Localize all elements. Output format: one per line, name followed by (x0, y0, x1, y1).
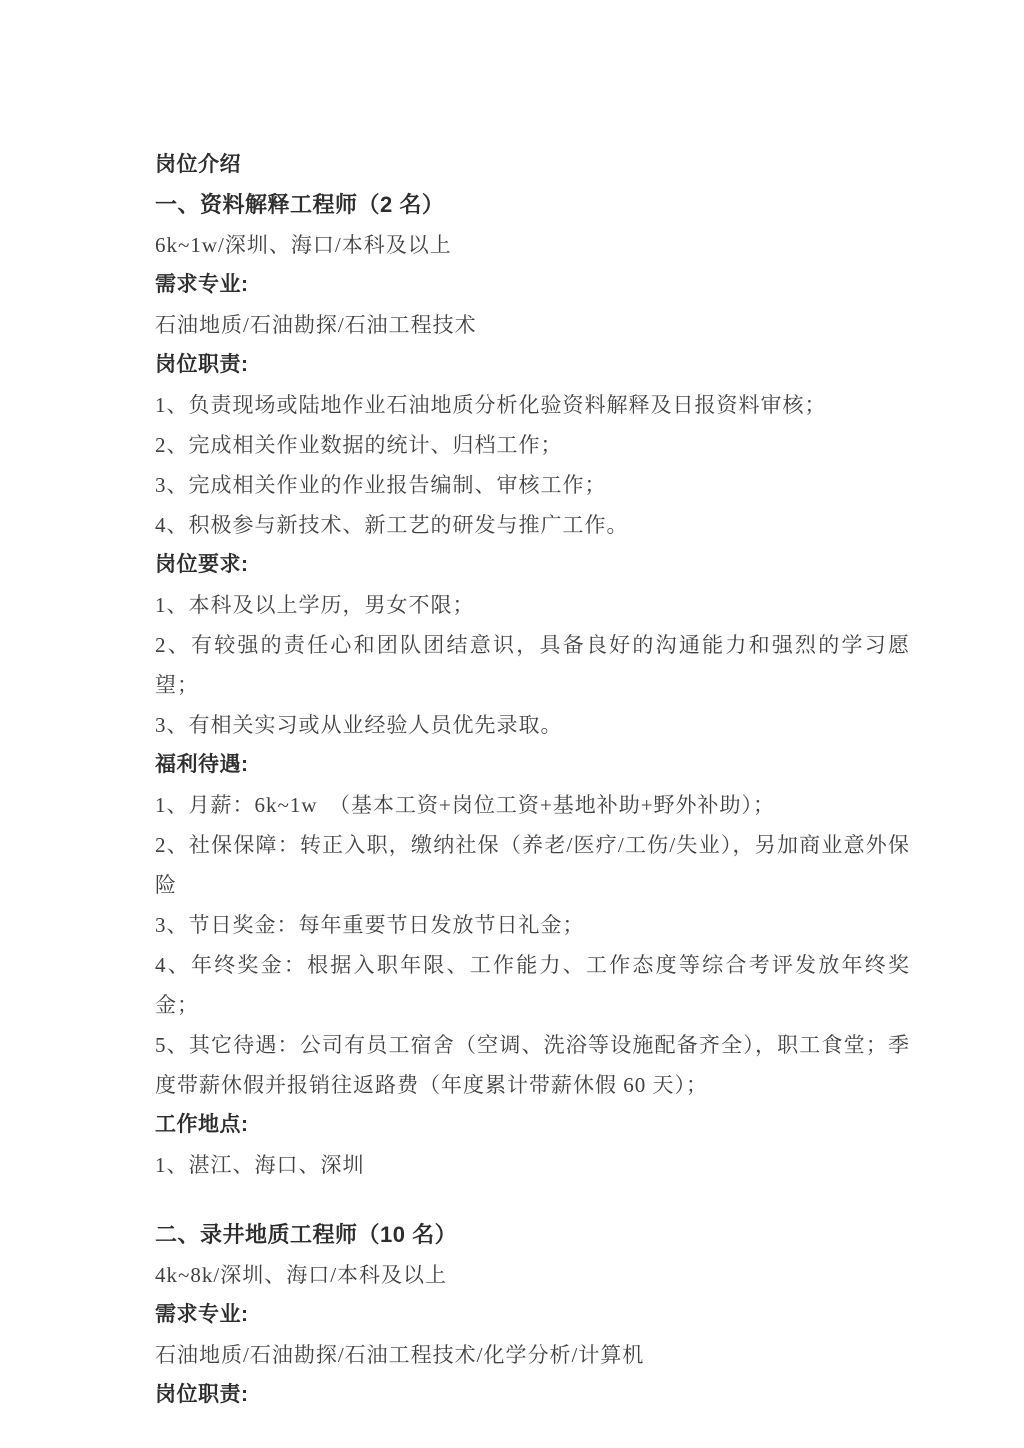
duty-item: 1、负责现场或陆地作业石油地质分析化验资料解释及日报资料审核； (155, 385, 910, 425)
job-title: 一、资料解释工程师（2 名） (155, 185, 910, 225)
benefit-item: 2、社保保障：转正入职，缴纳社保（养老/医疗/工伤/失业），另加商业意外保险 (155, 825, 910, 905)
location-item: 1、湛江、海口、深圳 (155, 1145, 910, 1185)
duty-item: 3、完成相关作业的作业报告编制、审核工作； (155, 465, 910, 505)
document-heading: 岗位介绍 (155, 145, 910, 185)
requirement-item: 1、本科及以上学历，男女不限； (155, 585, 910, 625)
job-summary: 6k~1w/深圳、海口/本科及以上 (155, 225, 910, 265)
job-section-data-interpretation-engineer: 一、资料解释工程师（2 名） 6k~1w/深圳、海口/本科及以上 需求专业: 石… (155, 185, 910, 1185)
job-summary: 4k~8k/深圳、海口/本科及以上 (155, 1255, 910, 1295)
benefit-item: 3、节日奖金：每年重要节日发放节日礼金； (155, 905, 910, 945)
major-value: 石油地质/石油勘探/石油工程技术 (155, 305, 910, 345)
document-page: 岗位介绍 一、资料解释工程师（2 名） 6k~1w/深圳、海口/本科及以上 需求… (0, 0, 1024, 1448)
duty-item: 2、完成相关作业数据的统计、归档工作； (155, 425, 910, 465)
section-label-duties: 岗位职责: (155, 345, 910, 385)
benefit-item: 5、其它待遇：公司有员工宿舍（空调、洗浴等设施配备齐全），职工食堂；季度带薪休假… (155, 1025, 910, 1105)
benefit-item: 4、年终奖金：根据入职年限、工作能力、工作态度等综合考评发放年终奖金； (155, 945, 910, 1025)
requirement-item: 3、有相关实习或从业经验人员优先录取。 (155, 705, 910, 745)
section-label-location: 工作地点: (155, 1105, 910, 1145)
major-value: 石油地质/石油勘探/石油工程技术/化学分析/计算机 (155, 1335, 910, 1375)
duty-item: 4、积极参与新技术、新工艺的研发与推广工作。 (155, 505, 910, 545)
job-title: 二、录井地质工程师（10 名） (155, 1215, 910, 1255)
section-label-requirements: 岗位要求: (155, 545, 910, 585)
section-label-major: 需求专业: (155, 265, 910, 305)
requirement-item: 2、有较强的责任心和团队团结意识，具备良好的沟通能力和强烈的学习愿望； (155, 625, 910, 705)
document-content: 岗位介绍 一、资料解释工程师（2 名） 6k~1w/深圳、海口/本科及以上 需求… (155, 145, 910, 1415)
section-label-duties: 岗位职责: (155, 1375, 910, 1415)
benefit-item: 1、月薪：6k~1w （基本工资+岗位工资+基地补助+野外补助）； (155, 785, 910, 825)
section-label-major: 需求专业: (155, 1295, 910, 1335)
job-section-mud-logging-geologist: 二、录井地质工程师（10 名） 4k~8k/深圳、海口/本科及以上 需求专业: … (155, 1215, 910, 1415)
section-label-benefits: 福利待遇: (155, 745, 910, 785)
